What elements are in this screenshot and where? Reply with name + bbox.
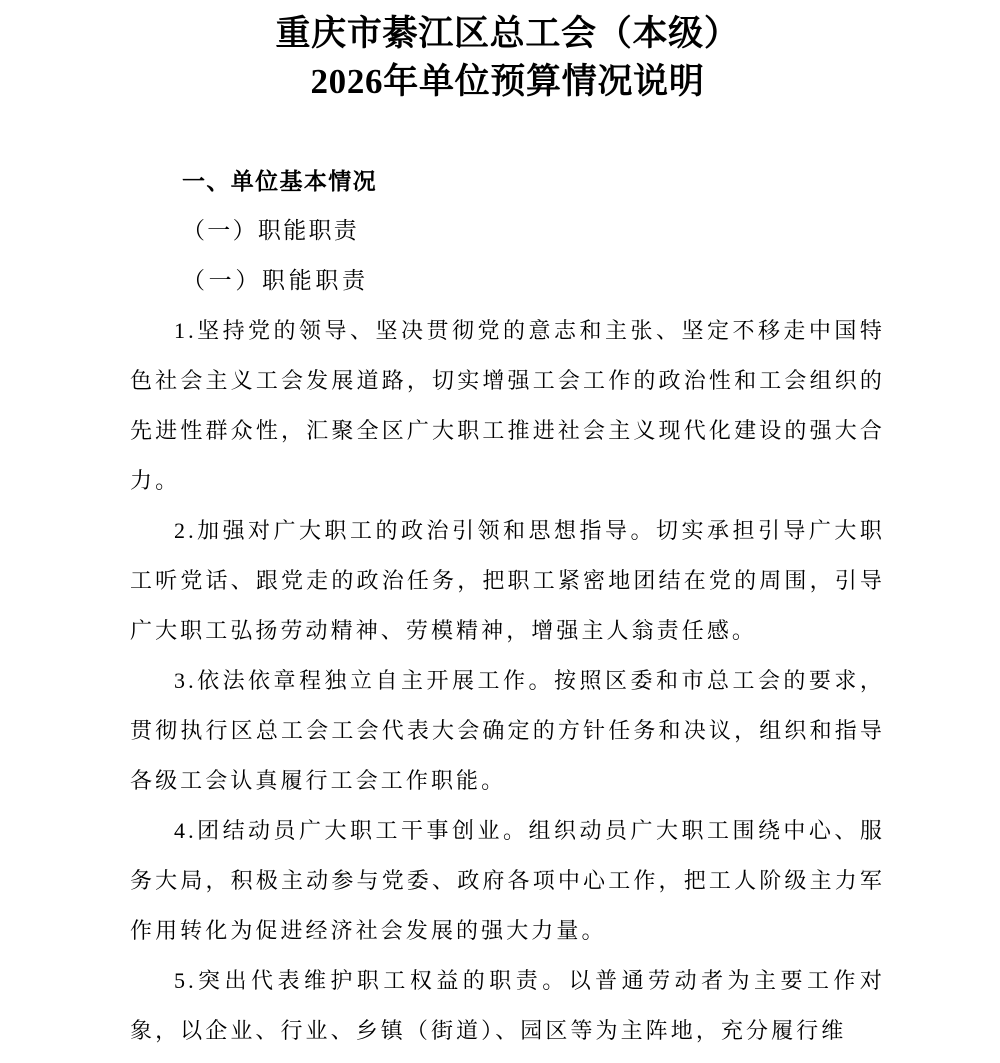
body-paragraph-3: 3.依法依章程独立自主开展工作。按照区委和市总工会的要求，贯彻执行区总工会工会代… (130, 656, 885, 806)
section-heading-unit-basic-info: 一、单位基本情况 (130, 156, 885, 206)
body-paragraph-5-truncated: 5.突出代表维护职工权益的职责。以普通劳动者为主要工作对象，以企业、行业、乡镇（… (130, 956, 885, 1056)
subsection-heading-duties-2: （一）职能职责 (130, 256, 885, 306)
document-page: 重庆市綦江区总工会（本级） 2026年单位预算情况说明 一、单位基本情况 （一）… (0, 0, 1000, 1063)
document-title: 重庆市綦江区总工会（本级） 2026年单位预算情况说明 (130, 0, 885, 106)
document-title-line-1: 重庆市綦江区总工会（本级） (130, 10, 885, 58)
document-title-line-2: 2026年单位预算情况说明 (130, 58, 885, 106)
body-paragraph-4: 4.团结动员广大职工干事创业。组织动员广大职工围绕中心、服务大局，积极主动参与党… (130, 806, 885, 956)
document-content: 重庆市綦江区总工会（本级） 2026年单位预算情况说明 一、单位基本情况 （一）… (130, 0, 885, 1056)
body-paragraph-1: 1.坚持党的领导、坚决贯彻党的意志和主张、坚定不移走中国特色社会主义工会发展道路… (130, 306, 885, 506)
subsection-heading-duties-1: （一）职能职责 (130, 206, 885, 256)
body-paragraph-2: 2.加强对广大职工的政治引领和思想指导。切实承担引导广大职工听党话、跟党走的政治… (130, 506, 885, 656)
